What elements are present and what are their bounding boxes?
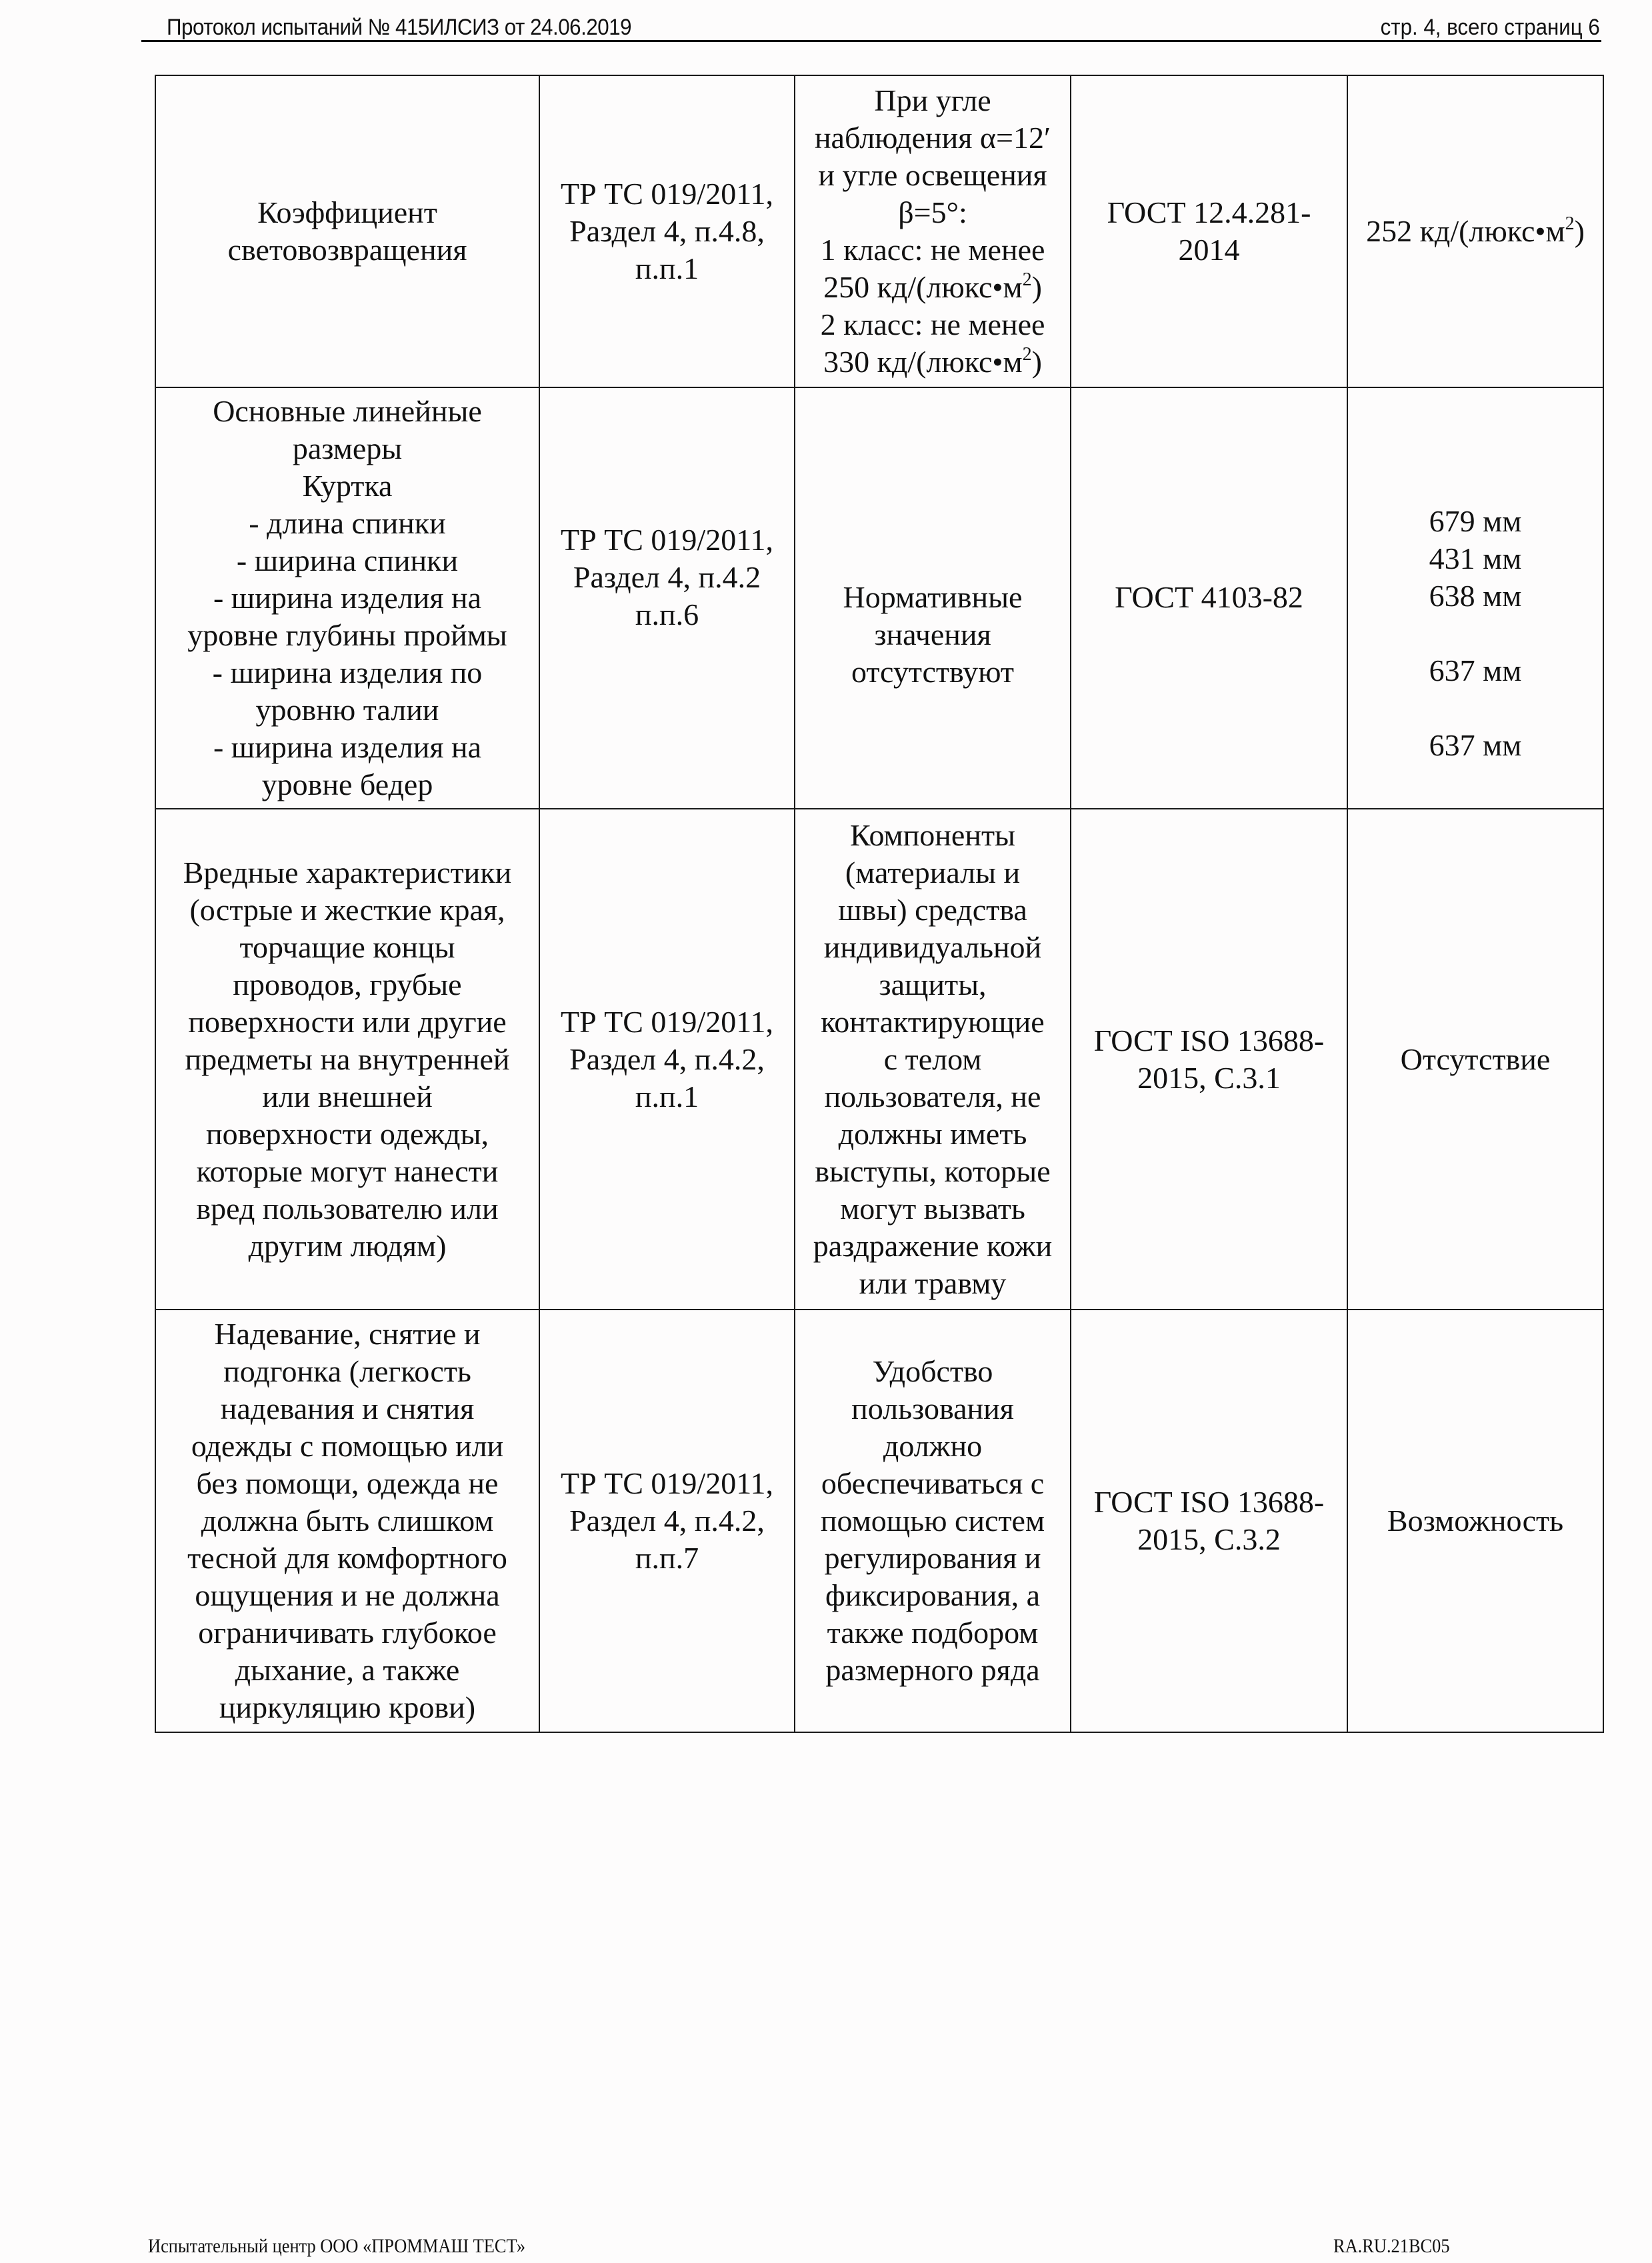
regulation-cell: ТР ТС 019/2011, Раздел 4, п.4.2, п.п.1 bbox=[539, 809, 795, 1310]
requirement-cell: Удобство пользования должно обеспечивать… bbox=[795, 1310, 1071, 1732]
result-cell: 252 кд/(люкс•м2) bbox=[1347, 75, 1603, 387]
regulation-cell: ТР ТС 019/2011, Раздел 4, п.4.2, п.п.7 bbox=[539, 1310, 795, 1732]
result-value: 431 мм bbox=[1352, 540, 1599, 577]
requirement-cell: При угле наблюдения α=12′ и угле освещен… bbox=[795, 75, 1071, 387]
parameter-cell: Вредные характеристики (острые и жесткие… bbox=[155, 809, 539, 1310]
table-row: Основные линейные размеры Куртка - длина… bbox=[155, 387, 1603, 809]
header-divider bbox=[141, 40, 1601, 42]
result-value: 679 мм bbox=[1352, 503, 1599, 540]
requirement-cell: Компоненты (материалы и швы) средства ин… bbox=[795, 809, 1071, 1310]
table-row: Надевание, снятие и подгонка (легкость н… bbox=[155, 1310, 1603, 1732]
regulation-cell: ТР ТС 019/2011, Раздел 4, п.4.8, п.п.1 bbox=[539, 75, 795, 387]
result-value: 637 мм bbox=[1352, 652, 1599, 689]
test-results-table: Коэффициент световозвращения ТР ТС 019/2… bbox=[155, 75, 1604, 1733]
method-cell: ГОСТ ISO 13688- 2015, С.3.2 bbox=[1071, 1310, 1347, 1732]
method-cell: ГОСТ 4103-82 bbox=[1071, 387, 1347, 809]
method-cell: ГОСТ 12.4.281- 2014 bbox=[1071, 75, 1347, 387]
protocol-title: Протокол испытаний № 415ИЛСИЗ от 24.06.2… bbox=[167, 15, 631, 41]
result-cell: Отсутствие bbox=[1347, 809, 1603, 1310]
table-row: Вредные характеристики (острые и жесткие… bbox=[155, 809, 1603, 1310]
requirement-cell: Нормативные значения отсутствуют bbox=[795, 387, 1071, 809]
result-value: 638 мм bbox=[1352, 577, 1599, 615]
testing-center-name: Испытательный центр ООО «ПРОММАШ ТЕСТ» bbox=[148, 2235, 525, 2258]
result-cell: Возможность bbox=[1347, 1310, 1603, 1732]
parameter-cell: Коэффициент световозвращения bbox=[155, 75, 539, 387]
parameter-cell: Надевание, снятие и подгонка (легкость н… bbox=[155, 1310, 539, 1732]
table-row: Коэффициент световозвращения ТР ТС 019/2… bbox=[155, 75, 1603, 387]
accreditation-number: RA.RU.21ВС05 bbox=[1333, 2235, 1450, 2258]
result-value: 637 мм bbox=[1352, 727, 1599, 764]
parameter-cell: Основные линейные размеры Куртка - длина… bbox=[155, 387, 539, 809]
result-cell: 679 мм 431 мм 638 мм 637 мм 637 мм bbox=[1347, 387, 1603, 809]
page-counter: стр. 4, всего страниц 6 bbox=[1381, 15, 1600, 41]
method-cell: ГОСТ ISO 13688- 2015, С.3.1 bbox=[1071, 809, 1347, 1310]
regulation-cell: ТР ТС 019/2011, Раздел 4, п.4.2 п.п.6 bbox=[539, 387, 795, 809]
